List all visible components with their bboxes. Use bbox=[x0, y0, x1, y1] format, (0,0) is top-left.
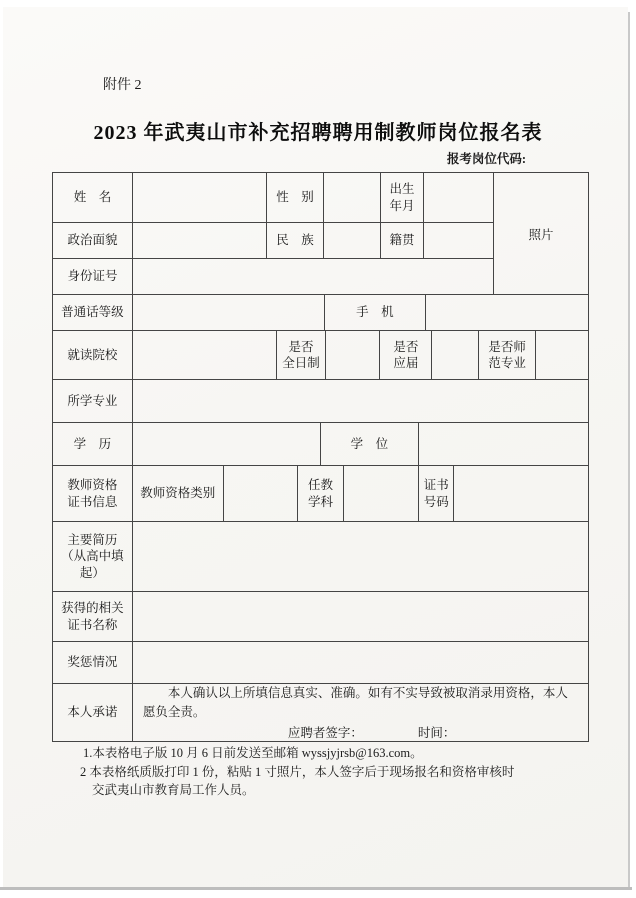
degree-value-cell bbox=[419, 423, 588, 465]
mobile-value-cell bbox=[426, 295, 588, 330]
id-number-label: 身份证号 bbox=[53, 259, 133, 294]
mobile-label: 手 机 bbox=[325, 295, 427, 330]
row-id-number: 身份证号 bbox=[53, 259, 494, 295]
ethnicity-value-cell bbox=[324, 223, 381, 258]
rewards-punishments-value-cell bbox=[133, 642, 588, 683]
teaching-subject-label: 任教 学科 bbox=[298, 466, 345, 521]
political-status-label: 政治面貌 bbox=[53, 223, 133, 258]
putonghua-level-label: 普通话等级 bbox=[53, 295, 133, 330]
note-line-2: 2 本表格纸质版打印 1 份，粘贴 1 寸照片，本人签字后于现场报名和资格审核时 bbox=[80, 763, 514, 782]
applicant-signature-label: 应聘者签字： bbox=[288, 725, 363, 741]
major-label: 所学专业 bbox=[53, 380, 133, 422]
row-education: 学 历 学 位 bbox=[53, 423, 588, 466]
related-certs-value-cell bbox=[133, 592, 588, 641]
gender-label: 性 别 bbox=[267, 173, 324, 222]
id-number-value-cell bbox=[133, 259, 494, 294]
birth-value-cell bbox=[424, 173, 494, 222]
attachment-label: 附件 2 bbox=[103, 74, 142, 94]
rewards-punishments-label: 奖惩情况 bbox=[53, 642, 133, 683]
scan-bottom-shadow bbox=[0, 887, 632, 890]
row-commitment: 本人承诺 本人确认以上所填信息真实、准确。如有不实导致被取消录用资格，本人愿负全… bbox=[53, 684, 588, 741]
teaching-subject-value-cell bbox=[344, 466, 419, 521]
related-certs-label: 获得的相关 证书名称 bbox=[53, 592, 133, 641]
row-school: 就读院校 是否 全日制 是否 应届 是否师 范专业 bbox=[53, 331, 588, 380]
is-fulltime-value-cell bbox=[326, 331, 380, 379]
cert-number-value-cell bbox=[454, 466, 588, 521]
degree-label: 学 位 bbox=[321, 423, 420, 465]
major-value-cell bbox=[133, 380, 588, 422]
gender-value-cell bbox=[324, 173, 381, 222]
note-line-3: 交武夷山市教育局工作人员。 bbox=[92, 781, 514, 800]
name-label: 姓 名 bbox=[53, 173, 133, 222]
native-place-value-cell bbox=[424, 223, 494, 258]
is-normal-major-label: 是否师 范专业 bbox=[479, 331, 536, 379]
row-name: 姓 名 性 别 出生 年月 bbox=[53, 173, 494, 223]
teacher-cert-info-label: 教师资格 证书信息 bbox=[53, 466, 133, 521]
row-political: 政治面貌 民 族 籍贯 bbox=[53, 223, 494, 259]
native-place-label: 籍贯 bbox=[381, 223, 424, 258]
education-label: 学 历 bbox=[53, 423, 133, 465]
is-fresh-graduate-label: 是否 应届 bbox=[380, 331, 432, 379]
school-value-cell bbox=[133, 331, 277, 379]
row-rewards: 奖惩情况 bbox=[53, 642, 588, 684]
is-fresh-graduate-value-cell bbox=[432, 331, 479, 379]
name-value-cell bbox=[133, 173, 267, 222]
is-fulltime-label: 是否 全日制 bbox=[277, 331, 327, 379]
time-label: 时间： bbox=[418, 725, 456, 741]
note-line-1: 1.本表格电子版 10 月 6 日前发送至邮箱 wyssjyjrsb@163.c… bbox=[83, 744, 514, 763]
row-resume: 主要简历 （从高中填 起） bbox=[53, 522, 588, 592]
cert-number-label: 证书 号码 bbox=[419, 466, 454, 521]
commitment-label: 本人承诺 bbox=[53, 684, 133, 741]
putonghua-level-value-cell bbox=[133, 295, 325, 330]
scanned-document-page: 附件 2 2023 年武夷山市补充招聘聘用制教师岗位报名表 报考岗位代码: 姓 … bbox=[0, 0, 636, 898]
political-status-value-cell bbox=[133, 223, 267, 258]
resume-value-cell bbox=[133, 522, 588, 591]
application-form-table: 姓 名 性 别 出生 年月 政治面貌 民 族 籍贯 身份证号 照片 普通话等级 bbox=[52, 172, 589, 742]
notes-section: 1.本表格电子版 10 月 6 日前发送至邮箱 wyssjyjrsb@163.c… bbox=[80, 744, 514, 800]
resume-label: 主要简历 （从高中填 起） bbox=[53, 522, 133, 591]
cert-category-label: 教师资格类别 bbox=[133, 466, 224, 521]
ethnicity-label: 民 族 bbox=[267, 223, 324, 258]
commitment-content-cell: 本人确认以上所填信息真实、准确。如有不实导致被取消录用资格，本人愿负全责。 应聘… bbox=[133, 684, 588, 741]
school-label: 就读院校 bbox=[53, 331, 133, 379]
row-major: 所学专业 bbox=[53, 380, 588, 423]
commitment-text: 本人确认以上所填信息真实、准确。如有不实导致被取消录用资格，本人愿负全责。 bbox=[143, 684, 578, 722]
form-title: 2023 年武夷山市补充招聘聘用制教师岗位报名表 bbox=[0, 116, 636, 145]
row-teacher-cert: 教师资格 证书信息 教师资格类别 任教 学科 证书 号码 bbox=[53, 466, 588, 522]
cert-category-value-cell bbox=[224, 466, 298, 521]
education-value-cell bbox=[133, 423, 321, 465]
birth-label: 出生 年月 bbox=[381, 173, 424, 222]
position-code-label: 报考岗位代码: bbox=[447, 149, 526, 167]
row-putonghua: 普通话等级 手 机 bbox=[53, 295, 588, 331]
signature-line: 应聘者签字： 时间： bbox=[288, 725, 578, 741]
photo-cell: 照片 bbox=[494, 173, 588, 295]
is-normal-major-value-cell bbox=[536, 331, 588, 379]
row-related-certs: 获得的相关 证书名称 bbox=[53, 592, 588, 642]
